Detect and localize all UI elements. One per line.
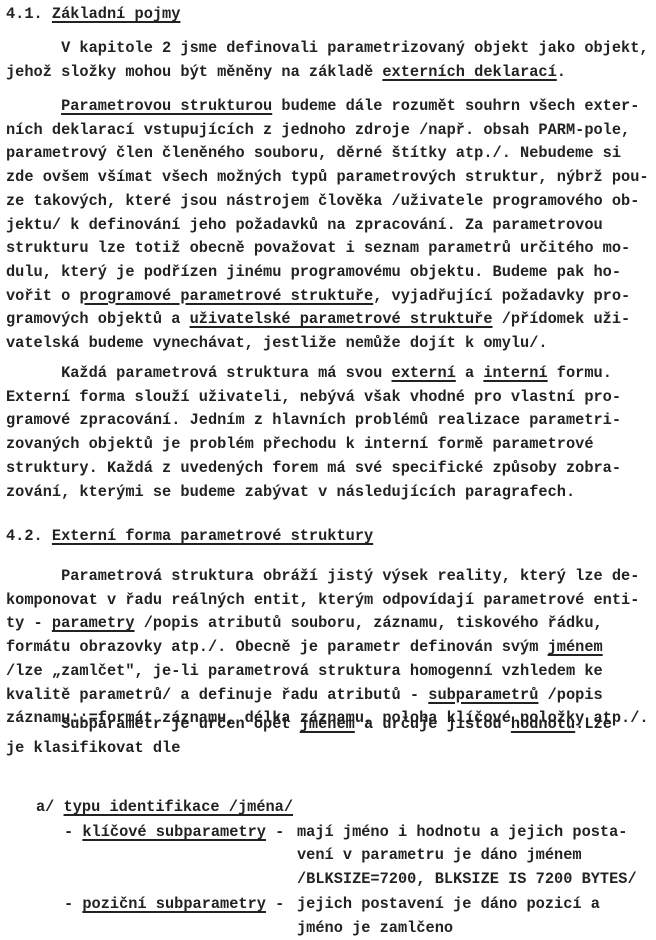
text-run: zovaných objektů je problém přechodu k i…	[6, 435, 594, 453]
term: klíčové subparametry	[82, 823, 266, 841]
list-heading: a/ typu identifikace /jména/	[36, 797, 293, 817]
term: poziční subparametry	[82, 895, 266, 913]
paragraph-line: /lze „zamlčet", je-li parametrová strukt…	[6, 661, 603, 681]
text-run: /popis	[538, 686, 602, 704]
paragraph-line: strukturu lze totiž obecně považovat i s…	[6, 238, 630, 258]
text-run: je klasifikovat dle	[6, 739, 180, 757]
text-run: Parametrová struktura obráží jistý výsek…	[6, 567, 639, 585]
text-run: budeme dále rozumět souhrn všech exter-	[272, 97, 639, 115]
underlined-term: jménem	[548, 638, 603, 656]
description: jejich postavení je dáno pozicí a	[297, 895, 600, 913]
dash: -	[64, 823, 82, 841]
paragraph-line: formátu obrazovky atp./. Obecně je param…	[6, 637, 603, 657]
section-number: 4.2.	[6, 527, 52, 545]
description: /BLKSIZE=7200, BLKSIZE IS 7200 BYTES/	[297, 870, 637, 888]
underlined-term: Parametrovou strukturou	[61, 97, 272, 115]
paragraph-line: zování, kterými se budeme zabývat v násl…	[6, 482, 575, 502]
text-run: /lze „zamlčet", je-li parametrová strukt…	[6, 662, 603, 680]
text-run: parametrový člen členěného souboru, děrn…	[6, 144, 621, 162]
text-run: struktury. Každá z uvedených forem má sv…	[6, 459, 621, 477]
section-title: Externí forma parametrové struktury	[52, 527, 373, 545]
paragraph-line: jektu/ k definování jeho požadavků na zp…	[6, 215, 603, 235]
underlined-term: interní	[483, 364, 547, 382]
paragraph-line: Parametrovou strukturou budeme dále rozu…	[6, 96, 639, 116]
text-run	[6, 97, 61, 115]
list-item-term: - klíčové subparametry -	[64, 822, 284, 842]
underlined-term: jménem	[300, 715, 355, 733]
paragraph-line: Parametrová struktura obráží jistý výsek…	[6, 566, 639, 586]
paragraph-line: jehož složky mohou být měněny na základě…	[6, 62, 566, 82]
section-heading: 4.2. Externí forma parametrové struktury	[6, 526, 373, 546]
description: jméno je zamlčeno	[297, 919, 453, 937]
text-run: Externí forma slouží uživateli, nebývá v…	[6, 388, 621, 406]
text-run: zování, kterými se budeme zabývat v násl…	[6, 483, 575, 501]
text-run: Každá parametrová struktura má svou	[6, 364, 392, 382]
list-item-description: vení v parametru je dáno jménem	[297, 845, 582, 865]
paragraph-line: vatelská budeme vynechávat, jestliže nem…	[6, 333, 548, 353]
paragraph-line: je klasifikovat dle	[6, 738, 180, 758]
list-item-description: jméno je zamlčeno	[297, 918, 453, 938]
document-page: 4.1. Základní pojmy V kapitole 2 jsme de…	[0, 0, 656, 940]
list-label: a/	[36, 798, 64, 816]
text-run: zde ovšem všímat všech možných typů para…	[6, 168, 649, 186]
text-run: gramových objektů a	[6, 310, 190, 328]
paragraph-line: kvalitě parametrů/ a definuje řadu atrib…	[6, 685, 603, 705]
section-title: Základní pojmy	[52, 5, 181, 23]
paragraph-line: V kapitole 2 jsme definovali parametrizo…	[6, 38, 649, 58]
paragraph-line: ty - parametry /popis atributů souboru, …	[6, 613, 603, 633]
underlined-term: programové parametrové struktuře	[79, 287, 373, 305]
underlined-term: externí	[392, 364, 456, 382]
section-heading: 4.1. Základní pojmy	[6, 4, 180, 24]
text-run: kvalitě parametrů/ a definuje řadu atrib…	[6, 686, 428, 704]
text-run: , vyjadřující požadavky pro-	[373, 287, 630, 305]
text-run: a	[456, 364, 484, 382]
paragraph-line: Subparametr je určen opět jménem a určuj…	[6, 714, 612, 734]
underlined-term: externích deklarací	[382, 63, 556, 81]
underlined-term: subparametrů	[428, 686, 538, 704]
dash: -	[266, 895, 284, 913]
paragraph-line: Každá parametrová struktura má svou exte…	[6, 363, 612, 383]
dash: -	[64, 895, 82, 913]
text-run: formu.	[548, 364, 612, 382]
text-run: .	[557, 63, 566, 81]
list-item-description: mají jméno i hodnotu a jejich posta-	[297, 822, 627, 842]
paragraph-line: dulu, který je podřízen jinému programov…	[6, 262, 621, 282]
text-run: jektu/ k definování jeho požadavků na zp…	[6, 216, 603, 234]
text-run: /popis atributů souboru, záznamu, tiskov…	[135, 614, 603, 632]
underlined-term: hodnotu	[511, 715, 575, 733]
paragraph-line: Externí forma slouží uživateli, nebývá v…	[6, 387, 621, 407]
text-run: strukturu lze totiž obecně považovat i s…	[6, 239, 630, 257]
text-run: dulu, který je podřízen jinému programov…	[6, 263, 621, 281]
list-title: typu identifikace /jména/	[64, 798, 294, 816]
text-run: vořit o	[6, 287, 79, 305]
dash: -	[266, 823, 284, 841]
paragraph-line: ních deklarací vstupujících z jednoho zd…	[6, 120, 630, 140]
text-run: /přídomek uži-	[493, 310, 631, 328]
paragraph-line: zovaných objektů je problém přechodu k i…	[6, 434, 594, 454]
paragraph-line: zde ovšem všímat všech možných typů para…	[6, 167, 649, 187]
text-run: .Lze	[575, 715, 612, 733]
paragraph-line: struktury. Každá z uvedených forem má sv…	[6, 458, 621, 478]
text-run: ty -	[6, 614, 52, 632]
description: vení v parametru je dáno jménem	[297, 846, 582, 864]
paragraph-line: vořit o programové parametrové struktuře…	[6, 286, 630, 306]
text-run: gramové zpracování. Jedním z hlavních pr…	[6, 411, 621, 429]
text-run: vatelská budeme vynechávat, jestliže nem…	[6, 334, 548, 352]
section-number: 4.1.	[6, 5, 52, 23]
text-run: formátu obrazovky atp./. Obecně je param…	[6, 638, 548, 656]
underlined-term: parametry	[52, 614, 135, 632]
text-run: jehož složky mohou být měněny na základě	[6, 63, 382, 81]
list-item-term: - poziční subparametry -	[64, 894, 284, 914]
paragraph-line: gramové zpracování. Jedním z hlavních pr…	[6, 410, 621, 430]
paragraph-line: parametrový člen členěného souboru, děrn…	[6, 143, 621, 163]
text-run: ních deklarací vstupujících z jednoho zd…	[6, 121, 630, 139]
text-run: V kapitole 2 jsme definovali parametrizo…	[6, 39, 649, 57]
paragraph-line: ze takových, které jsou nástrojem člověk…	[6, 191, 639, 211]
paragraph-line: gramových objektů a uživatelské parametr…	[6, 309, 630, 329]
paragraph-line: komponovat v řadu reálných entit, kterým…	[6, 590, 639, 610]
underlined-term: uživatelské parametrové struktuře	[190, 310, 493, 328]
text-run: a určuje jistou	[355, 715, 511, 733]
text-run: komponovat v řadu reálných entit, kterým…	[6, 591, 639, 609]
description: mají jméno i hodnotu a jejich posta-	[297, 823, 627, 841]
list-item-description: /BLKSIZE=7200, BLKSIZE IS 7200 BYTES/	[297, 869, 637, 889]
text-run: ze takových, které jsou nástrojem člověk…	[6, 192, 639, 210]
list-item-description: jejich postavení je dáno pozicí a	[297, 894, 600, 914]
text-run: Subparametr je určen opět	[6, 715, 300, 733]
